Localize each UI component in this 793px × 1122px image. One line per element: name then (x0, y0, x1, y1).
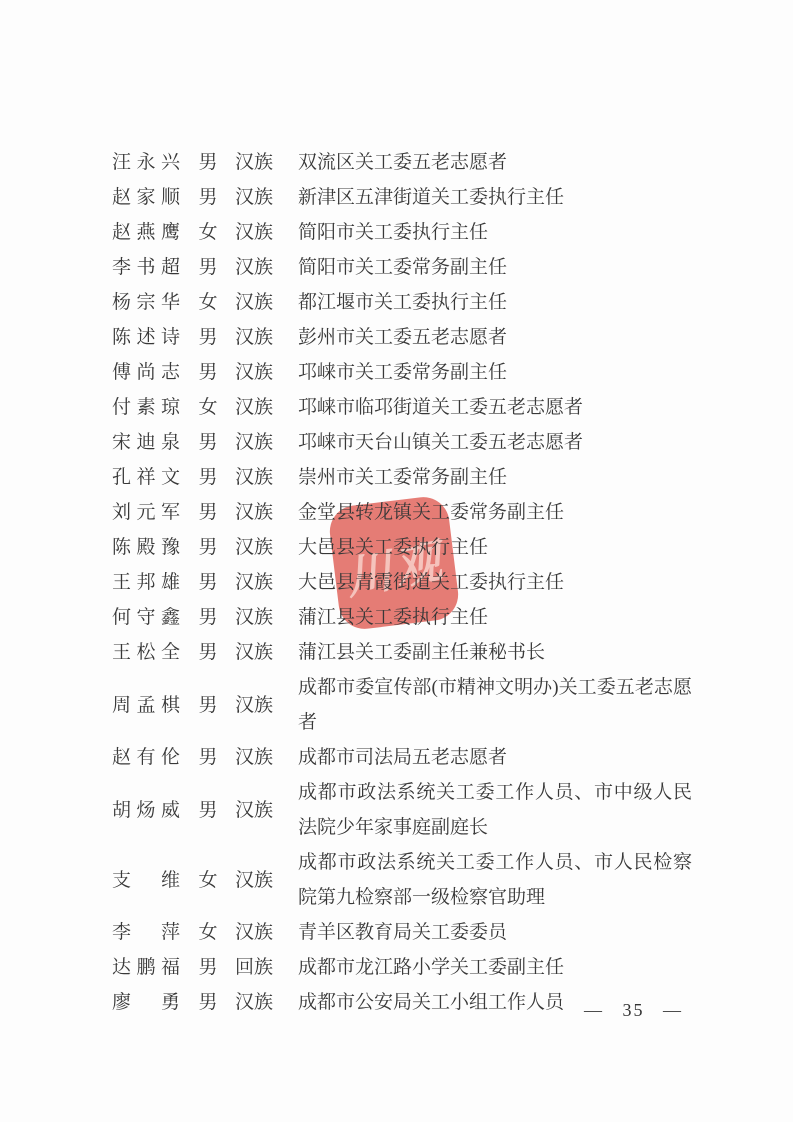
person-name: 廖勇 (112, 985, 180, 1020)
person-ethnicity: 汉族 (232, 425, 276, 460)
person-name: 支维 (112, 863, 180, 898)
person-ethnicity: 汉族 (232, 390, 276, 425)
person-gender: 男 (196, 740, 220, 775)
person-ethnicity: 汉族 (232, 320, 276, 355)
person-ethnicity: 汉族 (232, 863, 276, 898)
table-row: 杨宗华 女 汉族 都江堰市关工委执行主任 (112, 285, 793, 320)
person-ethnicity: 汉族 (232, 495, 276, 530)
table-row: 李萍 女 汉族 青羊区教育局关工委委员 (112, 915, 793, 950)
person-gender: 女 (196, 915, 220, 950)
person-position: 蒲江县关工委执行主任 (298, 600, 692, 635)
person-gender: 男 (196, 145, 220, 180)
table-row: 廖勇 男 汉族 成都市公安局关工小组工作人员 (112, 985, 793, 1020)
person-name: 何守鑫 (112, 600, 180, 635)
person-name: 付素琼 (112, 390, 180, 425)
person-position: 大邑县关工委执行主任 (298, 530, 692, 565)
person-name: 王邦雄 (112, 565, 180, 600)
table-row: 何守鑫 男 汉族 蒲江县关工委执行主任 (112, 600, 793, 635)
person-name: 孔祥文 (112, 460, 180, 495)
person-name: 李书超 (112, 250, 180, 285)
person-ethnicity: 汉族 (232, 688, 276, 723)
person-position: 邛崃市关工委常务副主任 (298, 355, 692, 390)
person-gender: 男 (196, 355, 220, 390)
person-position: 简阳市关工委执行主任 (298, 215, 692, 250)
person-name: 王松全 (112, 635, 180, 670)
table-row: 周孟棋 男 汉族 成都市委宣传部(市精神文明办)关工委五老志愿者 (112, 670, 793, 740)
person-ethnicity: 汉族 (232, 793, 276, 828)
person-ethnicity: 汉族 (232, 250, 276, 285)
person-name: 赵家顺 (112, 180, 180, 215)
table-row: 达鹏福 男 回族 成都市龙江路小学关工委副主任 (112, 950, 793, 985)
person-position: 成都市政法系统关工委工作人员、市人民检察院第九检察部一级检察官助理 (298, 845, 692, 915)
person-name: 胡炀威 (112, 793, 180, 828)
person-ethnicity: 汉族 (232, 180, 276, 215)
person-gender: 男 (196, 320, 220, 355)
table-row: 宋迪泉 男 汉族 邛崃市天台山镇关工委五老志愿者 (112, 425, 793, 460)
table-row: 王邦雄 男 汉族 大邑县青霞街道关工委执行主任 (112, 565, 793, 600)
person-gender: 男 (196, 495, 220, 530)
person-position: 彭州市关工委五老志愿者 (298, 320, 692, 355)
person-gender: 男 (196, 425, 220, 460)
person-gender: 女 (196, 390, 220, 425)
person-gender: 男 (196, 250, 220, 285)
page-number-left-dash: — (584, 1000, 604, 1020)
person-gender: 男 (196, 600, 220, 635)
person-gender: 男 (196, 793, 220, 828)
person-gender: 男 (196, 180, 220, 215)
person-name: 陈殿豫 (112, 530, 180, 565)
person-position: 都江堰市关工委执行主任 (298, 285, 692, 320)
table-row: 傅尚志 男 汉族 邛崃市关工委常务副主任 (112, 355, 793, 390)
person-name: 李萍 (112, 915, 180, 950)
person-name: 杨宗华 (112, 285, 180, 320)
person-name: 傅尚志 (112, 355, 180, 390)
person-ethnicity: 汉族 (232, 740, 276, 775)
person-position: 成都市司法局五老志愿者 (298, 740, 692, 775)
page-number: — 35 — (578, 1000, 689, 1021)
person-ethnicity: 汉族 (232, 355, 276, 390)
person-name: 赵燕鹰 (112, 215, 180, 250)
table-row: 陈述诗 男 汉族 彭州市关工委五老志愿者 (112, 320, 793, 355)
person-position: 邛崃市临邛街道关工委五老志愿者 (298, 390, 692, 425)
person-name: 刘元军 (112, 495, 180, 530)
table-row: 赵燕鹰 女 汉族 简阳市关工委执行主任 (112, 215, 793, 250)
person-name: 赵有伦 (112, 740, 180, 775)
person-name: 达鹏福 (112, 950, 180, 985)
honoree-list: 汪永兴 男 汉族 双流区关工委五老志愿者 赵家顺 男 汉族 新津区五津街道关工委… (0, 0, 793, 1020)
person-position: 成都市龙江路小学关工委副主任 (298, 950, 692, 985)
person-gender: 女 (196, 215, 220, 250)
person-position: 成都市委宣传部(市精神文明办)关工委五老志愿者 (298, 670, 692, 740)
person-gender: 男 (196, 688, 220, 723)
person-ethnicity: 汉族 (232, 285, 276, 320)
table-row: 王松全 男 汉族 蒲江县关工委副主任兼秘书长 (112, 635, 793, 670)
person-gender: 男 (196, 950, 220, 985)
person-ethnicity: 汉族 (232, 915, 276, 950)
page-number-value: 35 (623, 1000, 645, 1020)
person-position: 青羊区教育局关工委委员 (298, 915, 692, 950)
person-ethnicity: 汉族 (232, 985, 276, 1020)
document-page: 川观 汪永兴 男 汉族 双流区关工委五老志愿者 赵家顺 男 汉族 新津区五津街道… (0, 0, 793, 1122)
table-row: 刘元军 男 汉族 金堂县转龙镇关工委常务副主任 (112, 495, 793, 530)
person-position: 大邑县青霞街道关工委执行主任 (298, 565, 692, 600)
table-row: 李书超 男 汉族 简阳市关工委常务副主任 (112, 250, 793, 285)
person-gender: 男 (196, 565, 220, 600)
person-gender: 女 (196, 863, 220, 898)
table-row: 汪永兴 男 汉族 双流区关工委五老志愿者 (112, 145, 793, 180)
table-row: 胡炀威 男 汉族 成都市政法系统关工委工作人员、市中级人民法院少年家事庭副庭长 (112, 775, 793, 845)
person-ethnicity: 汉族 (232, 145, 276, 180)
table-row: 支维 女 汉族 成都市政法系统关工委工作人员、市人民检察院第九检察部一级检察官助… (112, 845, 793, 915)
person-gender: 男 (196, 635, 220, 670)
person-gender: 男 (196, 460, 220, 495)
person-ethnicity: 汉族 (232, 460, 276, 495)
person-position: 成都市政法系统关工委工作人员、市中级人民法院少年家事庭副庭长 (298, 775, 692, 845)
table-row: 陈殿豫 男 汉族 大邑县关工委执行主任 (112, 530, 793, 565)
person-position: 新津区五津街道关工委执行主任 (298, 180, 692, 215)
person-name: 宋迪泉 (112, 425, 180, 460)
page-number-right-dash: — (663, 1000, 683, 1020)
person-name: 陈述诗 (112, 320, 180, 355)
person-position: 金堂县转龙镇关工委常务副主任 (298, 495, 692, 530)
person-ethnicity: 汉族 (232, 215, 276, 250)
person-position: 邛崃市天台山镇关工委五老志愿者 (298, 425, 692, 460)
person-name: 周孟棋 (112, 688, 180, 723)
person-position: 蒲江县关工委副主任兼秘书长 (298, 635, 692, 670)
person-gender: 男 (196, 985, 220, 1020)
person-position: 简阳市关工委常务副主任 (298, 250, 692, 285)
person-gender: 女 (196, 285, 220, 320)
table-row: 赵家顺 男 汉族 新津区五津街道关工委执行主任 (112, 180, 793, 215)
person-position: 双流区关工委五老志愿者 (298, 145, 692, 180)
person-position: 崇州市关工委常务副主任 (298, 460, 692, 495)
person-name: 汪永兴 (112, 145, 180, 180)
person-ethnicity: 汉族 (232, 530, 276, 565)
person-gender: 男 (196, 530, 220, 565)
person-ethnicity: 汉族 (232, 565, 276, 600)
table-row: 赵有伦 男 汉族 成都市司法局五老志愿者 (112, 740, 793, 775)
person-ethnicity: 汉族 (232, 600, 276, 635)
table-row: 孔祥文 男 汉族 崇州市关工委常务副主任 (112, 460, 793, 495)
person-ethnicity: 汉族 (232, 635, 276, 670)
person-ethnicity: 回族 (232, 950, 276, 985)
table-row: 付素琼 女 汉族 邛崃市临邛街道关工委五老志愿者 (112, 390, 793, 425)
